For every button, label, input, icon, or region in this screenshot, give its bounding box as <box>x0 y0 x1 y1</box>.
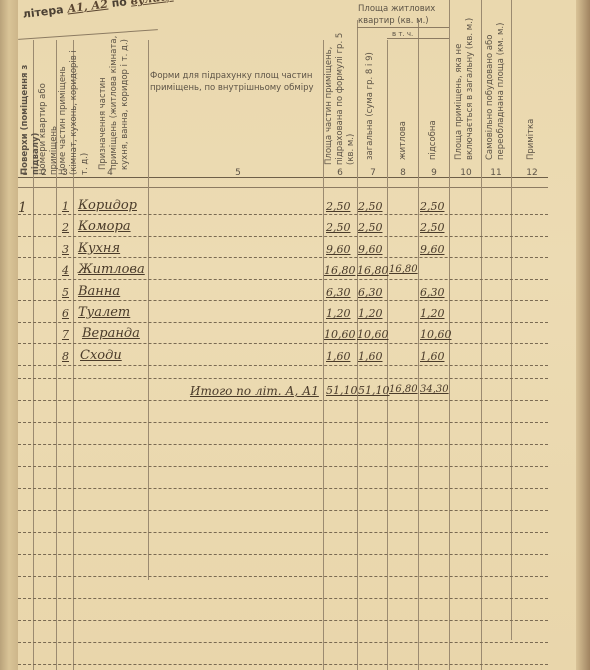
room-num: 5 <box>62 286 69 299</box>
room-num: 8 <box>62 350 69 363</box>
room-name: Кухня <box>78 241 120 256</box>
col-divider <box>357 20 358 670</box>
area-cell: 6,30 <box>326 286 351 299</box>
room-name: Сходи <box>80 348 122 363</box>
area-cell: 1,20 <box>326 307 351 320</box>
area-cell: 16,80 <box>324 264 356 277</box>
room-name: Веранда <box>82 326 140 341</box>
col-header-6: Площа частин приміщень, підрахована по ф… <box>324 30 356 165</box>
col-header-4: Призначення частин приміщень (житлова кі… <box>98 30 132 170</box>
total-cell: 1,60 <box>358 350 383 363</box>
total-cell: 16,80 <box>357 264 389 277</box>
col-num-4: 4 <box>100 168 120 178</box>
page-edge-shadow <box>576 0 590 670</box>
room-name: Житлова <box>78 262 145 277</box>
aux-cell: 2,50 <box>420 221 445 234</box>
room-name: Туалет <box>78 305 130 320</box>
room-num: 6 <box>62 307 69 320</box>
area-cell: 1,60 <box>326 350 351 363</box>
col-divider <box>418 20 419 670</box>
total-cell: 10,60 <box>357 328 389 341</box>
room-name: Комора <box>78 219 131 234</box>
col-divider <box>511 0 512 640</box>
total-cell: 6,30 <box>358 286 383 299</box>
group-header-incl: в т. ч. <box>392 28 413 40</box>
col-header-8: житлова <box>398 100 409 160</box>
col-num-6: 6 <box>330 168 350 178</box>
col-header-2: Номери квартир або приміщень <box>38 45 60 175</box>
col-num-12: 12 <box>522 168 542 178</box>
area-cell: 2,50 <box>326 200 351 213</box>
col-num-5: 5 <box>228 168 248 178</box>
room-name: Коридор <box>78 198 137 213</box>
col-num-8: 8 <box>393 168 413 178</box>
header-bottom-line <box>18 187 548 188</box>
room-num: 7 <box>62 328 69 341</box>
group-header-living: Площа житлових квартир (кв. м.) <box>358 3 450 27</box>
col-header-10: Площа приміщень, яка не включається в за… <box>454 0 478 160</box>
col-num-3: 3 <box>55 168 75 178</box>
room-num: 2 <box>62 221 69 234</box>
col-header-9: підсобна <box>428 100 439 160</box>
total-row-living: 16,80 <box>389 384 418 395</box>
col-num-10: 10 <box>456 168 476 178</box>
col-num-9: 9 <box>424 168 444 178</box>
col-num-1: 1 <box>15 168 35 178</box>
aux-cell: 1,20 <box>420 307 445 320</box>
aux-cell: 6,30 <box>420 286 445 299</box>
col-header-5: Форми для підрахунку площ частин приміще… <box>150 70 320 94</box>
col-header-11: Самовільно побудовано або переобладнана … <box>485 10 509 160</box>
col-divider <box>148 40 149 580</box>
aux-cell: 10,60 <box>420 328 452 341</box>
col-num-7: 7 <box>363 168 383 178</box>
room-num: 1 <box>62 200 69 213</box>
col-header-12: Примітка <box>526 110 537 160</box>
aux-cell: 2,50 <box>420 200 445 213</box>
total-row-total: 51,10 <box>358 384 390 397</box>
col-header-3: Номе частин приміщень (кімнат, кухонь, к… <box>58 45 82 175</box>
col-divider <box>481 0 482 670</box>
total-cell: 2,50 <box>358 221 383 234</box>
total-row-aux: 34,30 <box>420 384 449 395</box>
total-row-label: Итого по літ. А, А1 <box>190 384 319 398</box>
total-cell: 1,20 <box>358 307 383 320</box>
total-cell: 2,50 <box>358 200 383 213</box>
book-binding <box>0 0 19 670</box>
room-name: Ванна <box>78 284 120 299</box>
total-cell: 9,60 <box>358 243 383 256</box>
room-num: 4 <box>62 264 69 277</box>
area-cell: 10,60 <box>324 328 356 341</box>
aux-cell: 9,60 <box>420 243 445 256</box>
total-row-area: 51,10 <box>326 384 358 397</box>
aux-cell: 1,60 <box>420 350 445 363</box>
col-num-11: 11 <box>486 168 506 178</box>
room-num: 3 <box>62 243 69 256</box>
area-cell: 2,50 <box>326 221 351 234</box>
living-cell: 16,80 <box>389 264 418 275</box>
col-header-7: загальна (сума гр. 8 і 9) <box>365 45 376 160</box>
col-num-2: 2 <box>34 168 54 178</box>
area-cell: 9,60 <box>326 243 351 256</box>
